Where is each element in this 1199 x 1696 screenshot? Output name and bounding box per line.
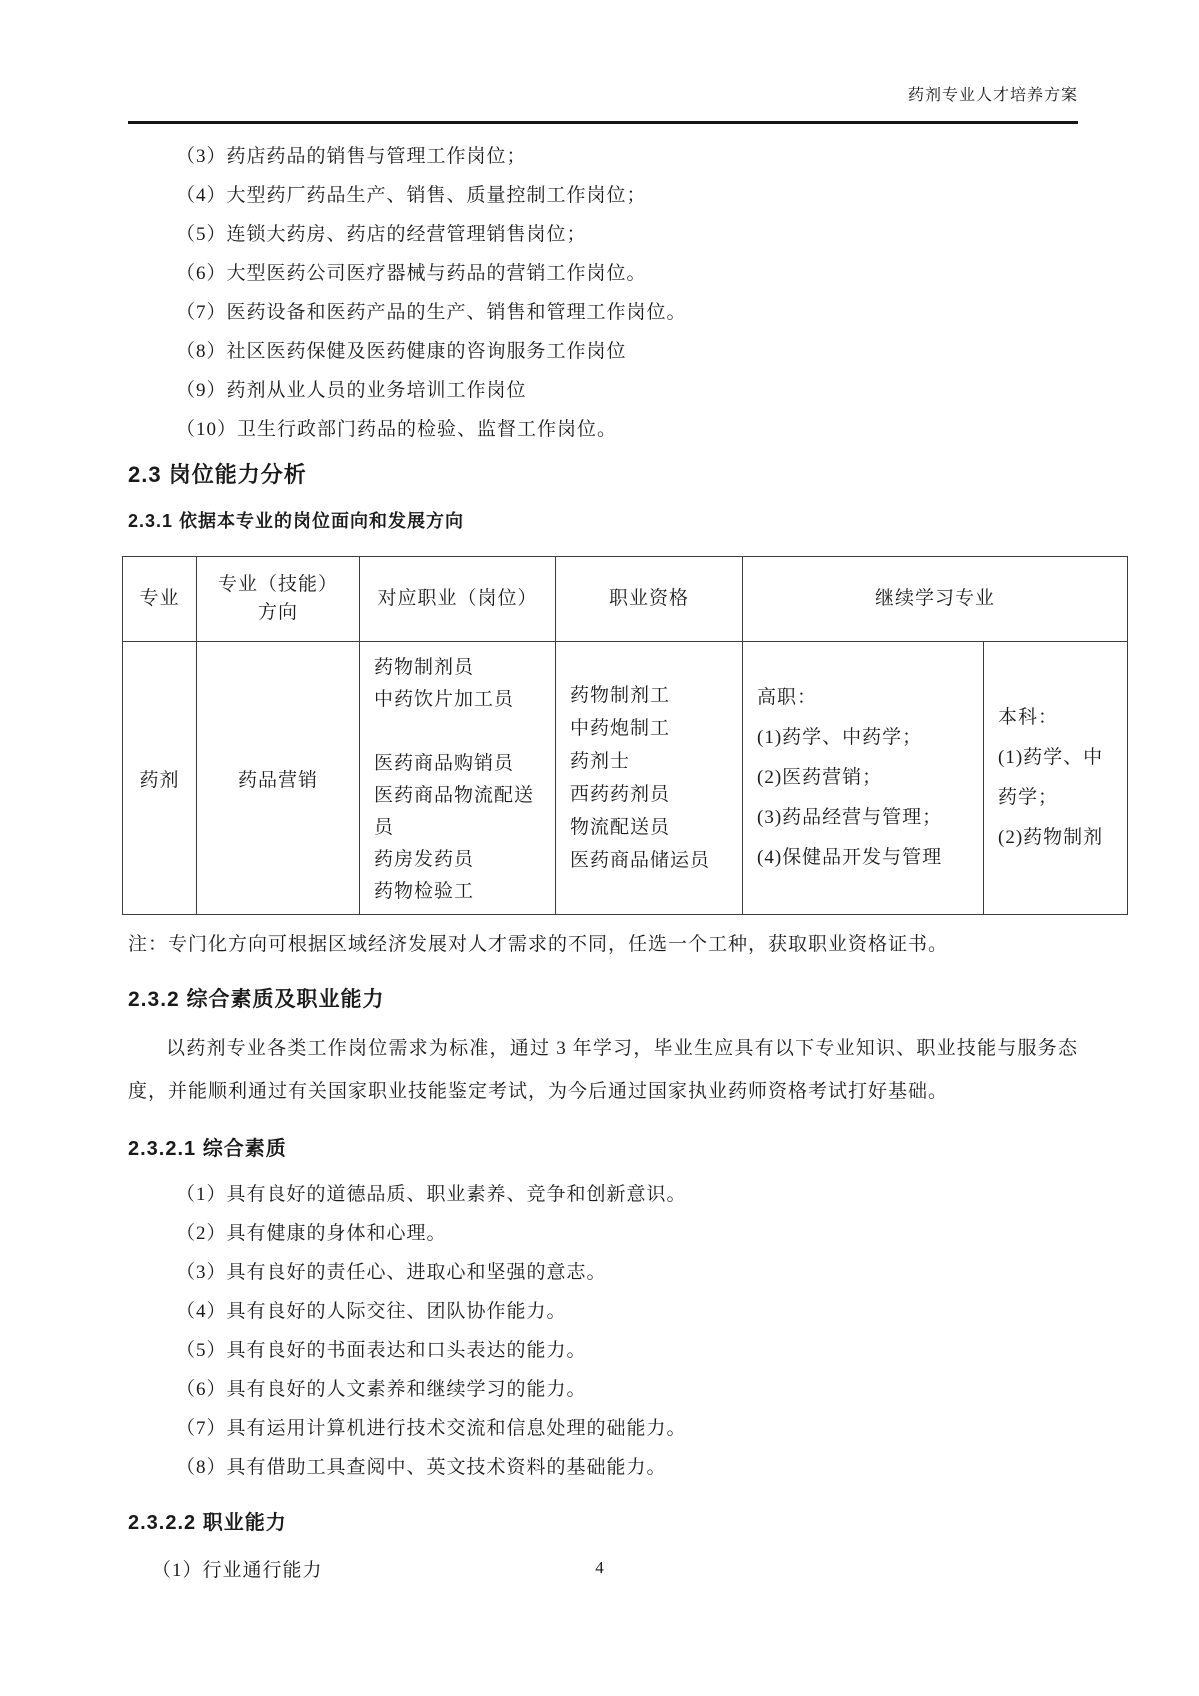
- section-title-2-3-1: 2.3.1 依据本专业的岗位面向和发展方向: [128, 508, 1078, 534]
- cell-further-study-undergraduate: 本科： (1)药学、中 药学； (2)药物制剂: [984, 642, 1128, 915]
- column-header-qualification: 职业资格: [556, 557, 743, 642]
- career-path-table: 专业 专业（技能） 方向 对应职业（岗位） 职业资格 继续学习专业 药剂 药品营…: [122, 556, 1128, 915]
- cell-jobs: 药物制剂员 中药饮片加工员 医药商品购销员 医药商品物流配送 员 药房发药员 药…: [360, 642, 556, 915]
- list-item: （6）具有良好的人文素养和继续学习的能力。: [128, 1370, 1078, 1409]
- list-item: （2）具有健康的身体和心理。: [128, 1214, 1078, 1253]
- column-header-direction: 专业（技能） 方向: [197, 557, 360, 642]
- page-number: 4: [0, 1558, 1199, 1578]
- section-title-2-3-2: 2.3.2 综合素质及职业能力: [128, 985, 1078, 1015]
- list-item: （8）社区医药保健及医药健康的咨询服务工作岗位: [128, 332, 1078, 371]
- list-item: （6）大型医药公司医疗器械与药品的营销工作岗位。: [128, 254, 1078, 293]
- header-rule: [128, 121, 1078, 124]
- section-2-3-2-paragraph: 以药剂专业各类工作岗位需求为标准，通过 3 年学习，毕业生应具有以下专业知识、职…: [128, 1027, 1078, 1113]
- column-header-further-study: 继续学习专业: [743, 557, 1128, 642]
- list-item: （3）具有良好的责任心、进取心和坚强的意志。: [128, 1253, 1078, 1292]
- list-item: （4）大型药厂药品生产、销售、质量控制工作岗位；: [128, 176, 1078, 215]
- list-item: （5）连锁大药房、药店的经营管理销售岗位；: [128, 215, 1078, 254]
- list-item: （10）卫生行政部门药品的检验、监督工作岗位。: [128, 410, 1078, 449]
- cell-qualifications: 药物制剂工 中药炮制工 药剂士 西药药剂员 物流配送员 医药商品储运员: [556, 642, 743, 915]
- cell-direction: 药品营销: [197, 642, 360, 915]
- table-row: 药剂 药品营销 药物制剂员 中药饮片加工员 医药商品购销员 医药商品物流配送 员…: [123, 642, 1128, 915]
- list-item: （3）药店药品的销售与管理工作岗位；: [128, 137, 1078, 176]
- job-position-list: （3）药店药品的销售与管理工作岗位； （4）大型药厂药品生产、销售、质量控制工作…: [128, 137, 1078, 449]
- list-item: （5）具有良好的书面表达和口头表达的能力。: [128, 1331, 1078, 1370]
- running-header-title: 药剂专业人才培养方案: [128, 0, 1078, 106]
- list-item: （7）医药设备和医药产品的生产、销售和管理工作岗位。: [128, 293, 1078, 332]
- cell-major: 药剂: [123, 642, 197, 915]
- list-item: （1）具有良好的道德品质、职业素养、竞争和创新意识。: [128, 1175, 1078, 1214]
- cell-further-study-vocational: 高职： (1)药学、中药学； (2)医药营销； (3)药品经营与管理； (4)保…: [743, 642, 984, 915]
- list-item: （9）药剂从业人员的业务培训工作岗位: [128, 371, 1078, 410]
- comprehensive-quality-list: （1）具有良好的道德品质、职业素养、竞争和创新意识。 （2）具有健康的身体和心理…: [128, 1175, 1078, 1487]
- list-item: （4）具有良好的人际交往、团队协作能力。: [128, 1292, 1078, 1331]
- table-note: 注：专门化方向可根据区域经济发展对人才需求的不同，任选一个工种，获取职业资格证书…: [128, 931, 1078, 959]
- list-item: （8）具有借助工具查阅中、英文技术资料的基础能力。: [128, 1448, 1078, 1487]
- document-page: 药剂专业人才培养方案 （3）药店药品的销售与管理工作岗位； （4）大型药厂药品生…: [0, 0, 1199, 1696]
- section-title-2-3: 2.3 岗位能力分析: [128, 459, 1078, 491]
- section-title-2-3-2-1: 2.3.2.1 综合素质: [128, 1135, 1078, 1163]
- section-title-2-3-2-2: 2.3.2.2 职业能力: [128, 1509, 1078, 1537]
- list-item: （7）具有运用计算机进行技术交流和信息处理的础能力。: [128, 1409, 1078, 1448]
- table-header-row: 专业 专业（技能） 方向 对应职业（岗位） 职业资格 继续学习专业: [123, 557, 1128, 642]
- column-header-jobs: 对应职业（岗位）: [360, 557, 556, 642]
- column-header-major: 专业: [123, 557, 197, 642]
